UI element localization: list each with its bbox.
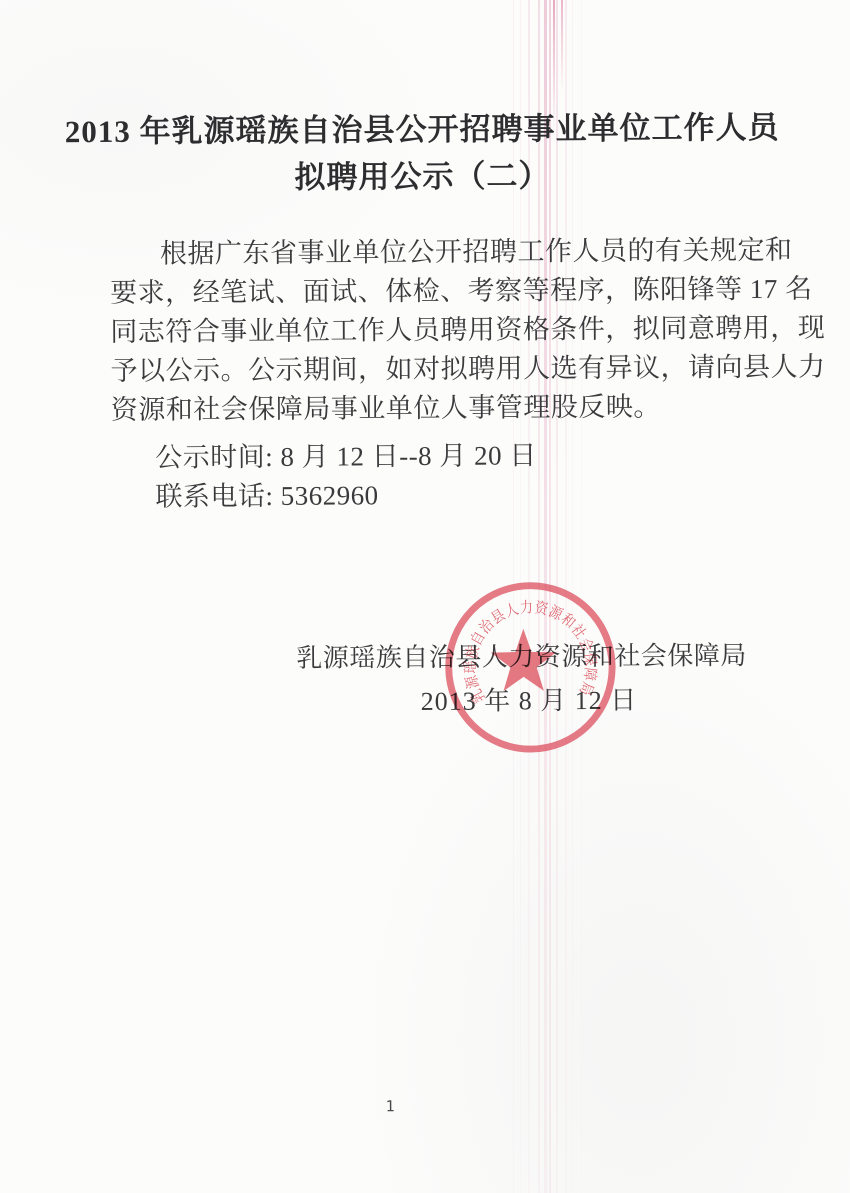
body-line: 资源和社会保障局事业单位人事管理股反映。: [111, 387, 711, 430]
document-title-line1: 2013 年乳源瑶族自治县公开招聘事业单位工作人员: [0, 101, 847, 151]
body-line: 同志符合事业单位工作人员聘用资格条件，拟同意聘用，现: [110, 309, 710, 352]
official-seal: 乳源瑶族自治县人力资源和社会保障局: [444, 581, 617, 754]
page-number: 1: [3, 1095, 777, 1118]
body-line: 要求，经笔试、面试、体检、考察等程序，陈阳锋等 17 名: [110, 270, 710, 313]
scanned-document-page: 2013 年乳源瑶族自治县公开招聘事业单位工作人员 拟聘用公示（二） 根据广东省…: [0, 0, 850, 1193]
body-line: 予以公示。公示期间，如对拟聘用人选有异议，请向县人力: [111, 348, 711, 391]
notice-period-line: 公示时间: 8 月 12 日--8 月 20 日: [155, 433, 537, 474]
document-title-line2: 拟聘用公示（二）: [0, 148, 848, 198]
body-line: 根据广东省事业单位公开招聘工作人员的有关规定和: [110, 231, 710, 274]
document-content: 2013 年乳源瑶族自治县公开招聘事业单位工作人员 拟聘用公示（二） 根据广东省…: [0, 0, 850, 1193]
star-icon: [491, 629, 557, 692]
body-paragraph: 根据广东省事业单位公开招聘工作人员的有关规定和 要求，经笔试、面试、体检、考察等…: [110, 231, 711, 430]
contact-phone-line: 联系电话: 5362960: [155, 473, 378, 513]
